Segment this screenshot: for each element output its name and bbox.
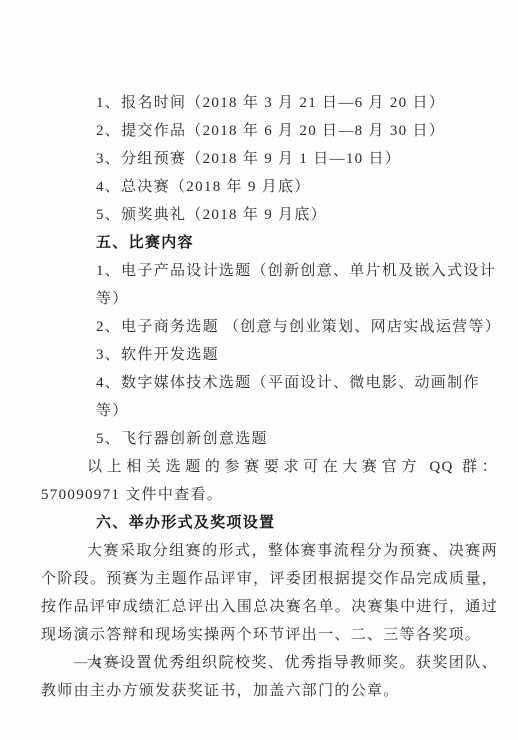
topic-item-digital-media: 4、数字媒体技术选题（平面设计、微电影、动画制作等） [41, 369, 498, 425]
page-number: — 4 — [74, 654, 123, 670]
section-heading-competition-content: 五、比赛内容 [41, 229, 498, 257]
schedule-item-award-ceremony: 5、颁奖典礼（2018 年 9 月底） [41, 201, 498, 229]
topic-item-electronic-product: 1、电子产品设计选题（创新创意、单片机及嵌入式设计等） [41, 257, 498, 313]
schedule-item-preliminary: 3、分组预赛（2018 年 9 月 1 日—10 日） [41, 145, 498, 173]
topic-item-ecommerce: 2、电子商务选题 （创意与创业策划、网店实战运营等） [41, 313, 498, 341]
paragraph-competition-format: 大赛采取分组赛的形式，整体赛事流程分为预赛、决赛两个阶段。预赛为主题作品评审，评… [41, 537, 498, 649]
schedule-item-final: 4、总决赛（2018 年 9 月底） [41, 173, 498, 201]
topic-item-software: 3、软件开发选题 [41, 341, 498, 369]
section-heading-format-awards: 六、举办形式及奖项设置 [41, 509, 498, 537]
document-body: 1、报名时间（2018 年 3 月 21 日—6 月 20 日） 2、提交作品（… [41, 89, 498, 705]
document-page: 1、报名时间（2018 年 3 月 21 日—6 月 20 日） 2、提交作品（… [0, 0, 518, 740]
paragraph-qq-group-note: 以上相关选题的参赛要求可在大赛官方 QQ 群：570090971 文件中查看。 [41, 453, 498, 509]
schedule-item-registration: 1、报名时间（2018 年 3 月 21 日—6 月 20 日） [41, 89, 498, 117]
schedule-item-submission: 2、提交作品（2018 年 6 月 20 日—8 月 30 日） [41, 117, 498, 145]
topic-item-aircraft: 5、飞行器创新创意选题 [41, 425, 498, 453]
